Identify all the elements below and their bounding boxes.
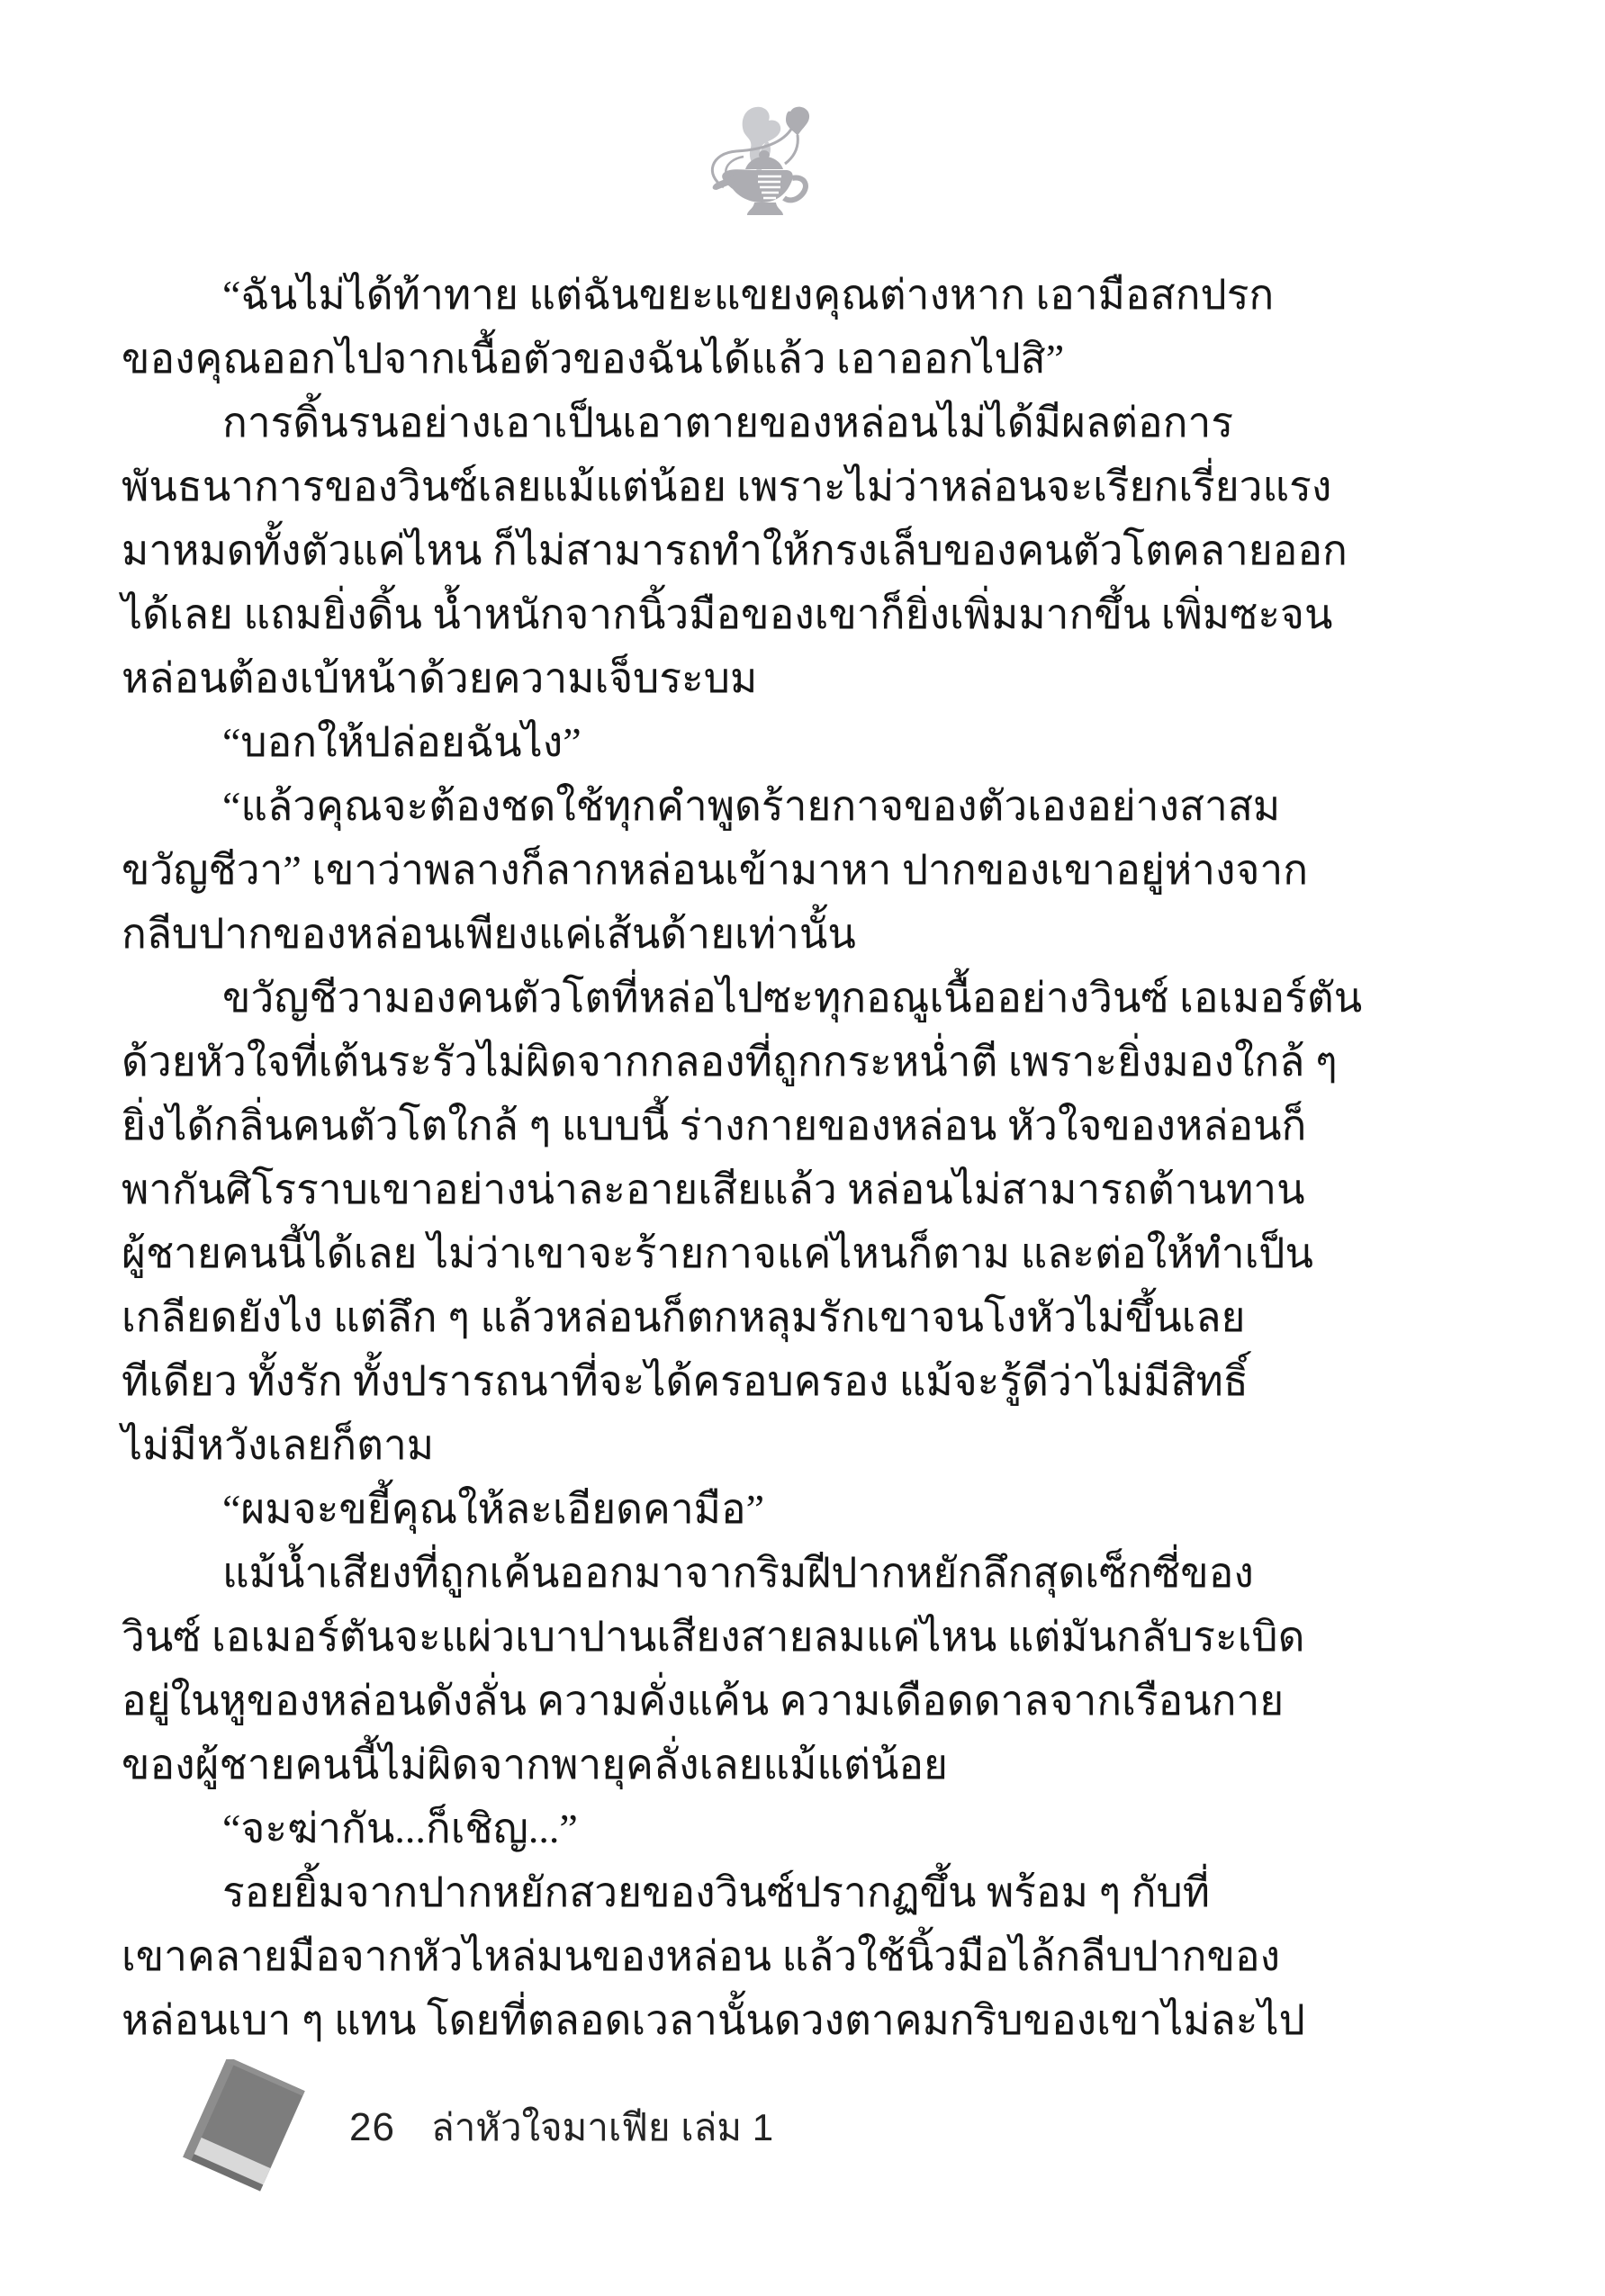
text-line: ได้เลย แถมยิ่งดิ้น น้ำหนักจากนิ้วมือของเ… <box>122 582 1479 646</box>
text-line: ขวัญชีวามองคนตัวโตที่หล่อไปซะทุกอณูเนื้อ… <box>122 966 1479 1030</box>
paragraph: “แล้วคุณจะต้องชดใช้ทุกคำพูดร้ายกาจของตัว… <box>122 774 1479 966</box>
text-line: หล่อนเบา ๆ แทน โดยที่ตลอดเวลานั้นดวงตาคม… <box>122 1988 1479 2052</box>
text-line: พากันศิโรราบเขาอย่างน่าละอายเสียแล้ว หล่… <box>122 1157 1479 1221</box>
text-line: ยิ่งได้กลิ่นคนตัวโตใกล้ ๆ แบบนี้ ร่างกาย… <box>122 1094 1479 1157</box>
book-title: ล่าหัวใจมาเฟีย เล่ม 1 <box>431 2098 773 2157</box>
text-line: พันธนาการของวินซ์เลยแม้แต่น้อย เพราะไม่ว… <box>122 455 1479 518</box>
body-text: “ฉันไม่ได้ท้าทาย แต่ฉันขยะแขยงคุณต่างหาก… <box>122 263 1479 2052</box>
genie-lamp-ornament-icon <box>708 101 821 227</box>
paragraph: “บอกให้ปล่อยฉันไง” <box>122 710 1479 774</box>
text-line: ด้วยหัวใจที่เต้นระรัวไม่ผิดจากกลองที่ถูก… <box>122 1030 1479 1094</box>
text-line: “ผมจะขยี้คุณให้ละเอียดคามือ” <box>122 1477 1479 1541</box>
text-line: “แล้วคุณจะต้องชดใช้ทุกคำพูดร้ายกาจของตัว… <box>122 774 1479 838</box>
text-line: การดิ้นรนอย่างเอาเป็นเอาตายของหล่อนไม่ได… <box>122 391 1479 455</box>
text-line: ของคุณออกไปจากเนื้อตัวของฉันได้แล้ว เอาอ… <box>122 327 1479 391</box>
paragraph: ขวัญชีวามองคนตัวโตที่หล่อไปซะทุกอณูเนื้อ… <box>122 966 1479 1477</box>
text-line: เกลียดยังไง แต่ลึก ๆ แล้วหล่อนก็ตกหลุมรั… <box>122 1285 1479 1349</box>
book-page: “ฉันไม่ได้ท้าทาย แต่ฉันขยะแขยงคุณต่างหาก… <box>0 0 1605 2296</box>
text-line: ผู้ชายคนนี้ได้เลย ไม่ว่าเขาจะร้ายกาจแค่ไ… <box>122 1221 1479 1285</box>
text-line: แม้น้ำเสียงที่ถูกเค้นออกมาจากริมฝีปากหยั… <box>122 1541 1479 1605</box>
text-line: “ฉันไม่ได้ท้าทาย แต่ฉันขยะแขยงคุณต่างหาก… <box>122 263 1479 327</box>
text-line: ทีเดียว ทั้งรัก ทั้งปรารถนาที่จะได้ครอบค… <box>122 1349 1479 1413</box>
text-line: วินซ์ เอเมอร์ตันจะแผ่วเบาปานเสียงสายลมแค… <box>122 1605 1479 1669</box>
paragraph: การดิ้นรนอย่างเอาเป็นเอาตายของหล่อนไม่ได… <box>122 391 1479 710</box>
page-footer: 26 ล่าหัวใจมาเฟีย เล่ม 1 <box>171 2059 773 2196</box>
page-number: 26 <box>349 2105 395 2150</box>
text-line: “บอกให้ปล่อยฉันไง” <box>122 710 1479 774</box>
book-icon <box>171 2059 311 2196</box>
text-line: เขาคลายมือจากหัวไหล่มนของหล่อน แล้วใช้นิ… <box>122 1924 1479 1988</box>
text-line: อยู่ในหูของหล่อนดังลั่น ความคั่งแค้น ควา… <box>122 1669 1479 1733</box>
text-line: มาหมดทั้งตัวแค่ไหน ก็ไม่สามารถทำให้กรงเล… <box>122 518 1479 582</box>
paragraph: แม้น้ำเสียงที่ถูกเค้นออกมาจากริมฝีปากหยั… <box>122 1541 1479 1796</box>
paragraph: “ฉันไม่ได้ท้าทาย แต่ฉันขยะแขยงคุณต่างหาก… <box>122 263 1479 391</box>
paragraph: “ผมจะขยี้คุณให้ละเอียดคามือ” <box>122 1477 1479 1541</box>
text-line: กลีบปากของหล่อนเพียงแค่เส้นด้ายเท่านั้น <box>122 902 1479 966</box>
paragraph: “จะฆ่ากัน...ก็เชิญ...” <box>122 1796 1479 1860</box>
text-line: “จะฆ่ากัน...ก็เชิญ...” <box>122 1796 1479 1860</box>
text-line: รอยยิ้มจากปากหยักสวยของวินซ์ปรากฏขึ้น พร… <box>122 1860 1479 1924</box>
text-line: ของผู้ชายคนนี้ไม่ผิดจากพายุคลั่งเลยแม้แต… <box>122 1733 1479 1796</box>
paragraph: รอยยิ้มจากปากหยักสวยของวินซ์ปรากฏขึ้น พร… <box>122 1860 1479 2052</box>
text-line: ไม่มีหวังเลยก็ตาม <box>122 1413 1479 1477</box>
text-line: ขวัญชีวา” เขาว่าพลางก็ลากหล่อนเข้ามาหา ป… <box>122 838 1479 902</box>
text-line: หล่อนต้องเบ้หน้าด้วยความเจ็บระบม <box>122 646 1479 710</box>
